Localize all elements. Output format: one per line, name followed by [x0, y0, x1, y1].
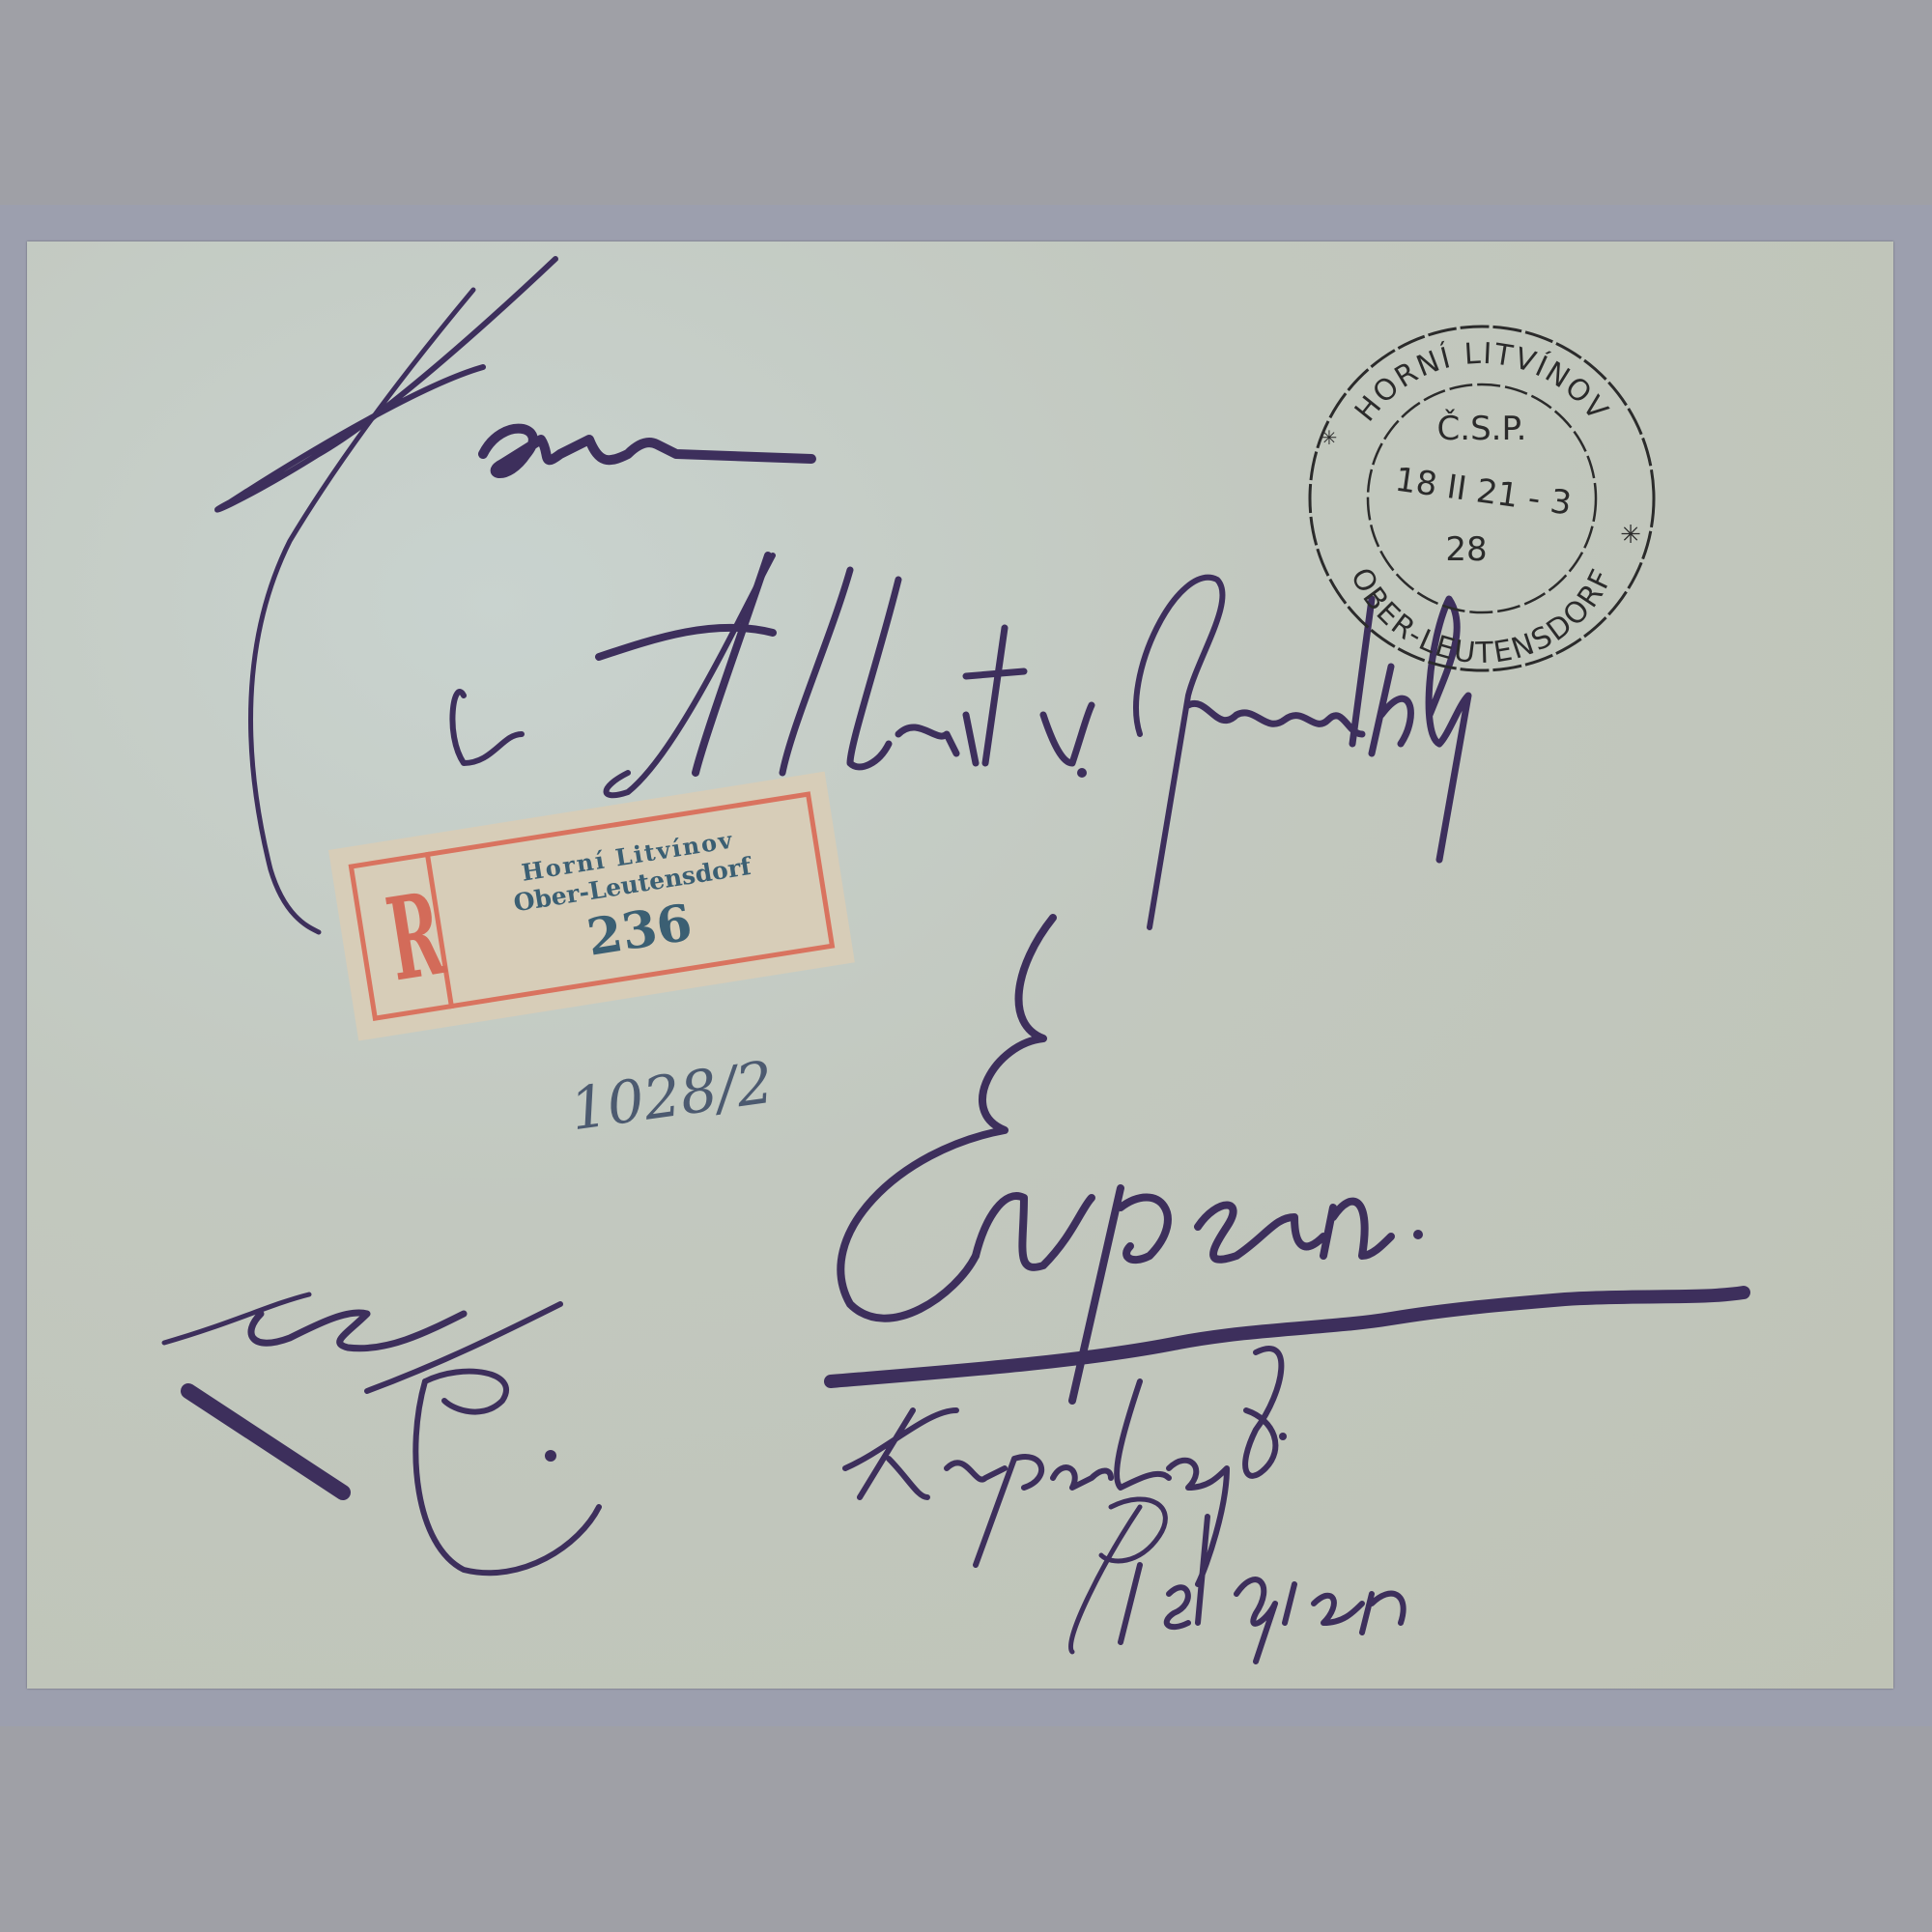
handwriting-country — [1070, 1499, 1403, 1662]
handwriting — [0, 0, 1932, 1932]
pencil-note-text: 1028/2 — [566, 1049, 778, 1145]
postmark: HORNÍ LITVÍNOV OBER-LEUTENSDORF Č.S.P. 1… — [1302, 319, 1662, 678]
svg-text:OBER-LEUTENSDORF: OBER-LEUTENSDORF — [1344, 562, 1620, 670]
svg-text:✳: ✳ — [1321, 426, 1338, 449]
handwriting-city — [831, 918, 1744, 1401]
svg-text:18 II 21 - 3: 18 II 21 - 3 — [1393, 461, 1574, 524]
postmark-circles: HORNÍ LITVÍNOV OBER-LEUTENSDORF Č.S.P. 1… — [1302, 319, 1662, 678]
handwriting-rek — [164, 1294, 599, 1573]
svg-text:Č.S.P.: Č.S.P. — [1437, 409, 1527, 448]
svg-text:✳: ✳ — [1620, 521, 1641, 550]
pencil-note: 1028/2 — [570, 1063, 792, 1227]
handwriting-street — [845, 1349, 1287, 1584]
svg-text:28: 28 — [1445, 530, 1487, 569]
